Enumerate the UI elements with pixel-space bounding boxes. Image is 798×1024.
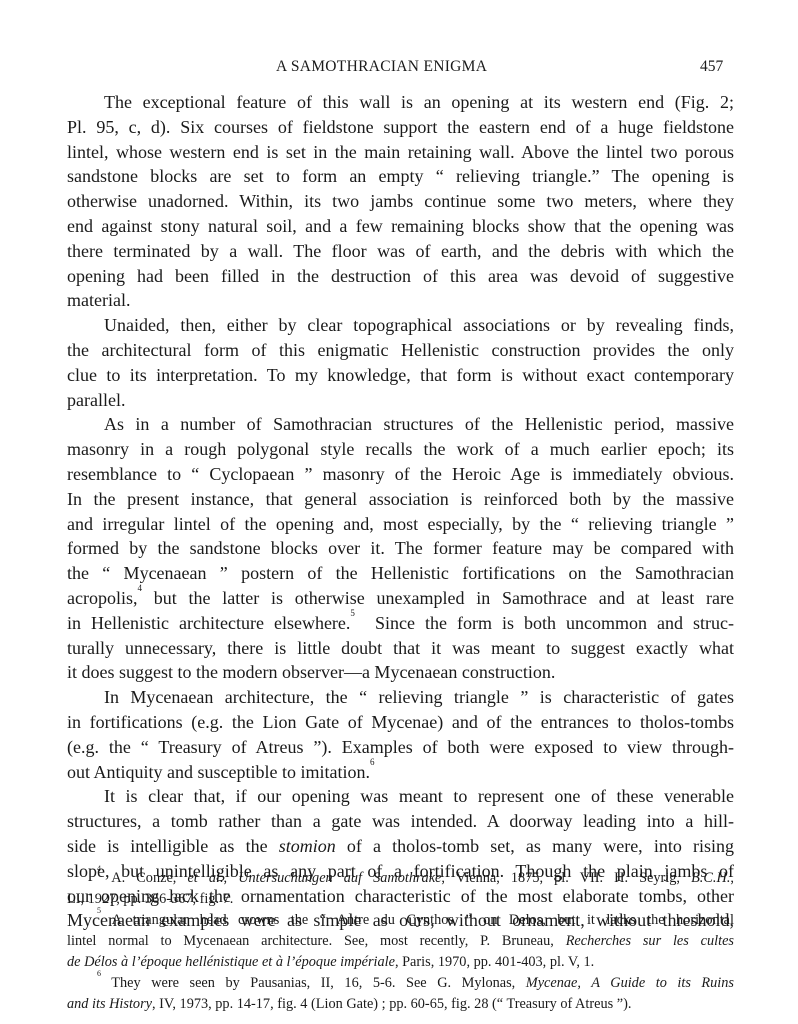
italic-text: et al. bbox=[187, 870, 223, 886]
italic-term: stomion bbox=[279, 836, 336, 856]
text-line: resemblance to “ Cyclopaean ” masonry of… bbox=[67, 462, 734, 487]
text-fragment: lintel normal to Mycenaean architecture.… bbox=[67, 933, 566, 949]
footnotes: 4 A. Conze, et al., Untersuchungen auf S… bbox=[67, 868, 734, 1015]
text-fragment: , Paris, 1970, pp. 401-403, pl. V, 1. bbox=[395, 954, 594, 970]
text-line: the “ Mycenaean ” postern of the Helleni… bbox=[67, 561, 734, 586]
text-fragment: A. Conze, bbox=[101, 870, 187, 886]
text-line: formed by the sandstone blocks over it. … bbox=[67, 536, 734, 561]
body-text: The exceptional feature of this wall is … bbox=[67, 90, 734, 933]
text-line: Unaided, then, either by clear topograph… bbox=[67, 313, 734, 338]
text-fragment: out Antiquity and susceptible to imitati… bbox=[67, 762, 370, 782]
text-line: otherwise unadorned. Within, its two jam… bbox=[67, 189, 734, 214]
page-number: 457 bbox=[700, 58, 723, 76]
text-line: (e.g. the “ Treasury of Atreus ”). Examp… bbox=[67, 735, 734, 760]
footnote-6: 6 They were seen by Pausanias, II, 16, 5… bbox=[67, 973, 734, 1015]
footnote-ref-5[interactable]: 5 bbox=[350, 608, 355, 618]
italic-title: B.C.H. bbox=[691, 870, 730, 886]
footnote-line: 4 A. Conze, et al., Untersuchungen auf S… bbox=[67, 868, 734, 889]
paragraph-2: Unaided, then, either by clear topograph… bbox=[67, 313, 734, 412]
text-fragment: , bbox=[224, 870, 239, 886]
text-line: Pl. 95, c, d). Six courses of fieldstone… bbox=[67, 115, 734, 140]
text-fragment: of a tholos-tomb set, as many were, into… bbox=[336, 836, 734, 856]
text-line: lintel, whose western end is set in the … bbox=[67, 140, 734, 165]
text-line: clue to its interpretation. To my knowle… bbox=[67, 363, 734, 388]
paragraph-1: The exceptional feature of this wall is … bbox=[67, 90, 734, 313]
footnote-mark: 5 bbox=[97, 906, 101, 915]
footnote-line: lintel normal to Mycenaean architecture.… bbox=[67, 931, 734, 952]
italic-title: de Délos à l’époque hellénistique et à l… bbox=[67, 954, 395, 970]
text-line: side is intelligible as the stomion of a… bbox=[67, 834, 734, 859]
footnote-line: de Délos à l’époque hellénistique et à l… bbox=[67, 952, 734, 973]
text-line: out Antiquity and susceptible to imitati… bbox=[67, 760, 734, 785]
text-line: in fortifications (e.g. the Lion Gate of… bbox=[67, 710, 734, 735]
text-line: In Mycenaean architecture, the “ relievi… bbox=[67, 685, 734, 710]
footnote-mark: 6 bbox=[97, 969, 101, 978]
text-line: sandstone blocks are set to form an empt… bbox=[67, 164, 734, 189]
text-fragment: but the latter is otherwise unexampled i… bbox=[154, 588, 734, 608]
text-fragment: , bbox=[730, 870, 734, 886]
text-line: it does suggest to the modern observer—a… bbox=[67, 660, 734, 685]
text-fragment: A triangular head crowns the “ Antre du … bbox=[101, 912, 734, 928]
italic-title: Untersuchungen auf Samothrake bbox=[238, 870, 441, 886]
text-fragment: Since the form is both uncommon and stru… bbox=[375, 613, 734, 633]
text-line: It is clear that, if our opening was mea… bbox=[67, 784, 734, 809]
text-line: parallel. bbox=[67, 388, 734, 413]
paragraph-3: As in a number of Samothracian structure… bbox=[67, 412, 734, 685]
page-header: A SAMOTHRACIAN ENIGMA 457 bbox=[0, 58, 798, 80]
text-fragment: in Hellenistic architecture elsewhere. bbox=[67, 613, 350, 633]
italic-title: and its History bbox=[67, 996, 152, 1012]
text-line: In the present instance, that general as… bbox=[67, 487, 734, 512]
italic-title: Recherches sur les cultes bbox=[566, 933, 734, 949]
text-fragment: , IV, 1973, pp. 14-17, fig. 4 (Lion Gate… bbox=[152, 996, 631, 1012]
text-fragment: , Vienna, 1875, pl. VII. H. Seyrig, bbox=[441, 870, 691, 886]
footnote-4: 4 A. Conze, et al., Untersuchungen auf S… bbox=[67, 868, 734, 910]
italic-title: Mycenae, A Guide to its Ruins bbox=[526, 975, 734, 991]
text-line: As in a number of Samothracian structure… bbox=[67, 412, 734, 437]
text-line: material. bbox=[67, 288, 734, 313]
text-line: structures, a tomb rather than a gate wa… bbox=[67, 809, 734, 834]
text-fragment: They were seen by Pausanias, II, 16, 5-6… bbox=[101, 975, 526, 991]
text-line: the architectural form of this enigmatic… bbox=[67, 338, 734, 363]
footnote-ref-4[interactable]: 4 bbox=[137, 583, 142, 593]
footnote-line: and its History, IV, 1973, pp. 14-17, fi… bbox=[67, 994, 734, 1015]
text-line: end against stony natural soil, and a fe… bbox=[67, 214, 734, 239]
footnote-5: 5 A triangular head crowns the “ Antre d… bbox=[67, 910, 734, 973]
footnote-line: 5 A triangular head crowns the “ Antre d… bbox=[67, 910, 734, 931]
text-line: and irregular lintel of the opening and,… bbox=[67, 512, 734, 537]
footnote-mark: 4 bbox=[97, 864, 101, 873]
text-fragment: acropolis, bbox=[67, 588, 137, 608]
text-line: there terminated by a wall. The floor wa… bbox=[67, 239, 734, 264]
text-line: in Hellenistic architecture elsewhere.5 … bbox=[67, 611, 734, 636]
paragraph-4: In Mycenaean architecture, the “ relievi… bbox=[67, 685, 734, 784]
text-line: acropolis,4 but the latter is otherwise … bbox=[67, 586, 734, 611]
text-fragment: side is intelligible as the bbox=[67, 836, 279, 856]
footnote-line: 6 They were seen by Pausanias, II, 16, 5… bbox=[67, 973, 734, 994]
text-line: turally unnecessary, there is little dou… bbox=[67, 636, 734, 661]
running-title: A SAMOTHRACIAN ENIGMA bbox=[276, 58, 487, 76]
text-line: The exceptional feature of this wall is … bbox=[67, 90, 734, 115]
text-line: opening had been filled in the destructi… bbox=[67, 264, 734, 289]
footnote-ref-6[interactable]: 6 bbox=[370, 757, 375, 767]
text-line: masonry in a rough polygonal style recal… bbox=[67, 437, 734, 462]
footnote-line: LI, 1927, pp. 366-367, fig. 7. bbox=[67, 889, 734, 910]
